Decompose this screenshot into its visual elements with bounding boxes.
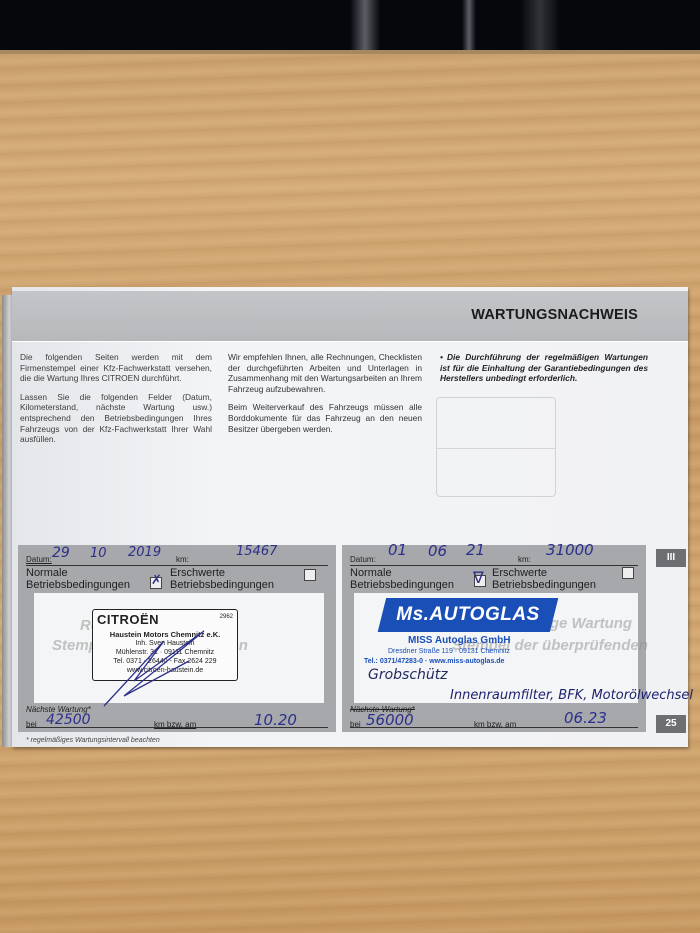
intro-paragraph: Lassen Sie die folgenden Felder (Datum, … <box>20 392 212 445</box>
date-day: 01 <box>388 541 407 559</box>
normal-conditions-label: Normale Betriebsbedingungen <box>350 567 454 591</box>
km-label: km: <box>518 555 531 564</box>
km-label: km: <box>176 555 189 564</box>
ms-autoglas-logo: Ms.AUTOGLAS <box>378 598 558 632</box>
hard-conditions-checkbox[interactable] <box>304 569 316 581</box>
date-year: 2019 <box>128 545 161 560</box>
service-note: Innenraumfilter, BFK, Motorölwechsel <box>450 688 693 703</box>
next-km-value: 42500 <box>46 712 91 728</box>
header-band: WARTUNGSNACHWEIS <box>12 291 688 341</box>
section-tab: III <box>656 549 686 567</box>
date-km-row: Datum: 29 10 2019 km: 15467 <box>26 551 328 566</box>
warranty-notice: •Die Durchführung der regelmäßigen Wartu… <box>440 352 648 384</box>
date-label: Datum: <box>26 555 52 564</box>
km-value: 31000 <box>546 541 594 559</box>
service-entry-2: Datum: 01 06 21 km: 31000 Normale Betrie… <box>342 545 646 732</box>
warranty-notice-text: Die Durchführung der regelmäßigen Wartun… <box>440 352 648 383</box>
normal-conditions-label: Normale Betriebsbedingungen <box>26 567 130 591</box>
page-title: WARTUNGSNACHWEIS <box>471 307 638 323</box>
hard-conditions-label: Erschwerte Betriebsbedingungen <box>492 567 596 591</box>
workshop-stamp-area: Regelmäßige Wartung Stempel der überprüf… <box>354 593 638 703</box>
stamp-phone: Tel.: 0371/47283-0 · www.miss-autoglas.d… <box>364 658 648 665</box>
checkmark-icon: ∇ <box>473 568 484 587</box>
page-number: 25 <box>656 715 686 733</box>
dark-background <box>0 0 700 53</box>
workshop-stamp-area: Regelmäßige Wartung Stempel der überprüf… <box>34 593 324 703</box>
service-entry-1: Datum: 29 10 2019 km: 15467 Normale Betr… <box>18 545 336 732</box>
signature-scribble <box>94 621 214 711</box>
service-booklet: WARTUNGSNACHWEIS Die folgenden Seiten we… <box>2 287 692 749</box>
stamp-address: Dresdner Straße 119 · 09131 Chemnitz <box>388 648 672 655</box>
normal-conditions-checkbox[interactable]: ∇ <box>474 575 486 587</box>
date-month: 06 <box>428 542 447 560</box>
date-day: 29 <box>52 545 70 561</box>
date-month: 10 <box>90 546 107 561</box>
next-date-value: 06.23 <box>564 709 607 727</box>
intro-paragraph: Die folgenden Seiten werden mit dem Firm… <box>20 352 212 384</box>
date-label: Datum: <box>350 555 376 564</box>
faint-bleed-through-stamp <box>436 397 556 497</box>
bullet-icon: • <box>440 352 443 362</box>
stamp-company: MISS Autoglas GmbH <box>408 635 692 646</box>
intro-paragraph: Wir empfehlen Ihnen, alle Rechnungen, Ch… <box>228 352 422 394</box>
intro-column-2: Wir empfehlen Ihnen, alle Rechnungen, Ch… <box>228 352 422 442</box>
stamp-code: 2962 <box>220 614 233 620</box>
footnote: * regelmäßiges Wartungsintervall beachte… <box>26 737 160 744</box>
date-km-row: Datum: 01 06 21 km: 31000 <box>350 551 638 566</box>
date-year: 21 <box>466 541 485 559</box>
booklet-page: WARTUNGSNACHWEIS Die folgenden Seiten we… <box>12 287 688 747</box>
km-value: 15467 <box>236 544 277 559</box>
checkmark-icon: ✗ <box>151 573 162 588</box>
hard-conditions-checkbox[interactable] <box>622 567 634 579</box>
signature: Grobschütz <box>368 667 448 683</box>
intro-column-1: Die folgenden Seiten werden mit dem Firm… <box>20 352 212 453</box>
normal-conditions-checkbox[interactable]: ✗ <box>150 577 162 589</box>
hard-conditions-label: Erschwerte Betriebsbedingungen <box>170 567 274 591</box>
intro-paragraph: Beim Weiterverkauf des Fahrzeugs müssen … <box>228 402 422 434</box>
